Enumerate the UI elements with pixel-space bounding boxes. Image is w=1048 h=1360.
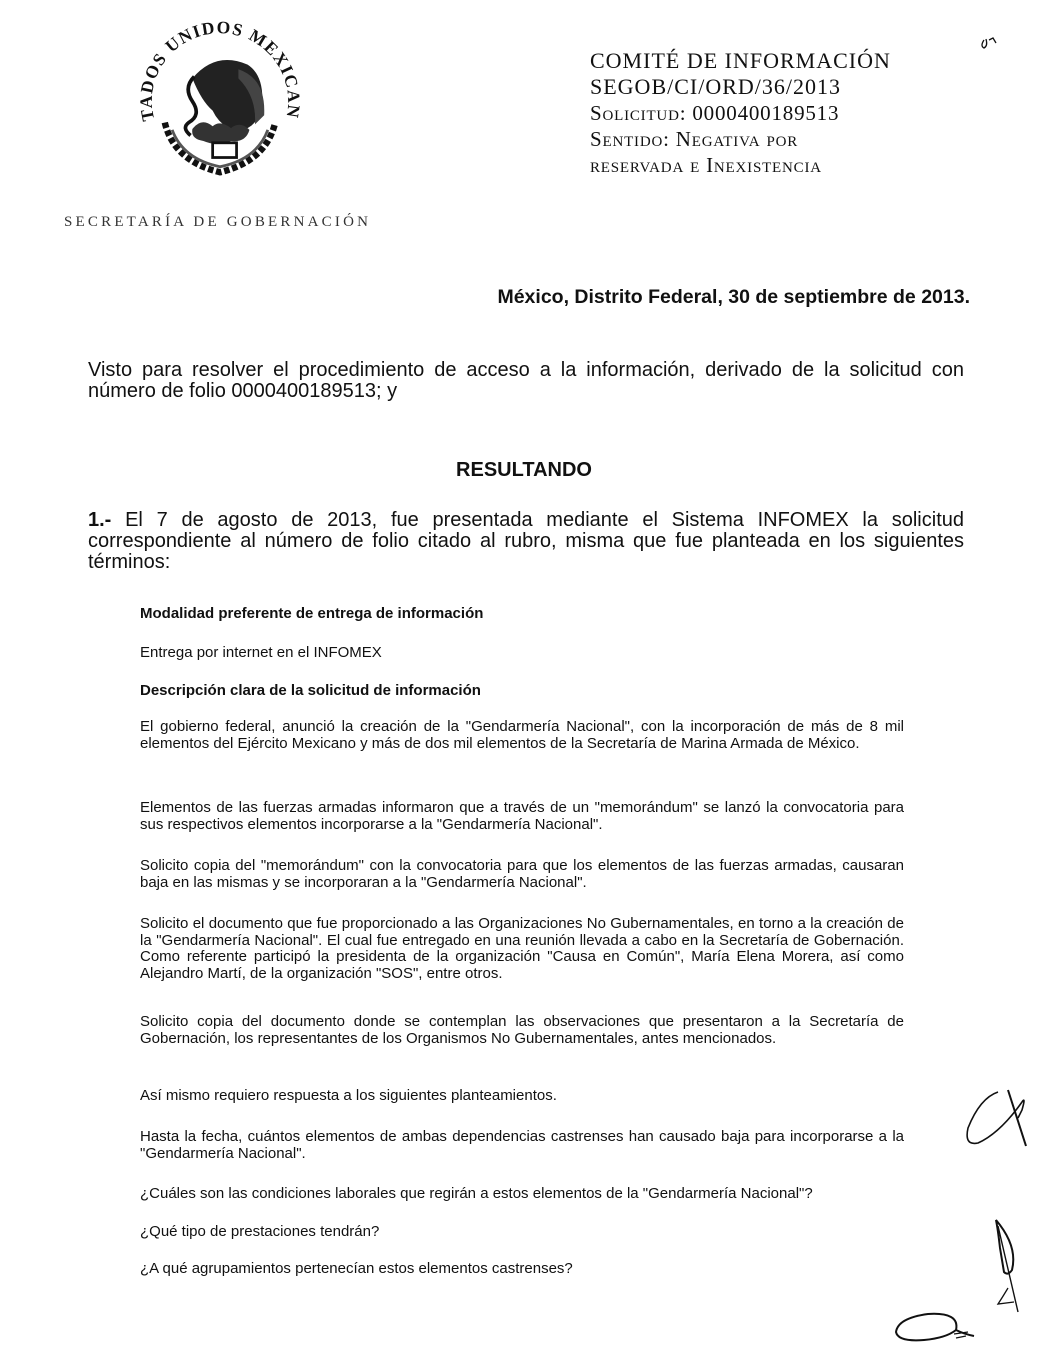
request-paragraph: Solicito copia del "memorándum" con la c…: [140, 858, 904, 891]
eagle-seal-icon: ESTADOS UNIDOS MEXICANOS: [128, 14, 312, 198]
document-header: COMITÉ DE INFORMACIÓN SEGOB/CI/ORD/36/20…: [590, 48, 891, 178]
intro-paragraph: Visto para resolver el procedimiento de …: [88, 360, 964, 402]
document-date: México, Distrito Federal, 30 de septiemb…: [497, 286, 970, 309]
request-paragraph: Hasta la fecha, cuántos elementos de amb…: [140, 1129, 904, 1162]
ministry-name: SECRETARÍA DE GOBERNACIÓN: [64, 214, 371, 231]
signature-loop-icon: [894, 1310, 976, 1346]
item-text: El 7 de agosto de 2013, fue presentada m…: [88, 509, 964, 573]
signature-stroke-icon: [988, 1218, 1028, 1314]
request-number: Solicitud: 0000400189513: [590, 100, 891, 126]
request-paragraph: Así mismo requiero respuesta a los sigui…: [140, 1088, 904, 1105]
national-seal-emblem: ESTADOS UNIDOS MEXICANOS: [128, 14, 312, 198]
request-question: ¿A qué agrupamientos pertenecían estos e…: [140, 1261, 904, 1278]
signature-initials-icon: [960, 1088, 1030, 1156]
section-title: RESULTANDO: [0, 459, 1048, 482]
ruling-line-1: Sentido: Negativa por: [590, 126, 891, 152]
delivery-heading: Modalidad preferente de entrega de infor…: [140, 606, 904, 623]
request-paragraph: Solicito copia del documento donde se co…: [140, 1014, 904, 1047]
handwritten-mark-icon: [978, 34, 1002, 54]
request-paragraph: Elementos de las fuerzas armadas informa…: [140, 800, 904, 833]
request-paragraph: El gobierno federal, anunció la creación…: [140, 719, 904, 752]
delivery-value: Entrega por internet en el INFOMEX: [140, 645, 904, 662]
description-heading: Descripción clara de la solicitud de inf…: [140, 683, 904, 700]
request-question: ¿Cuáles son las condiciones laborales qu…: [140, 1186, 904, 1203]
reference-number: SEGOB/CI/ORD/36/2013: [590, 74, 891, 100]
resultando-1-paragraph: 1.- El 7 de agosto de 2013, fue presenta…: [88, 510, 964, 573]
request-paragraph: Solicito el documento que fue proporcion…: [140, 916, 904, 982]
ruling-line-2: reservada e Inexistencia: [590, 152, 891, 178]
committee-title: COMITÉ DE INFORMACIÓN: [590, 48, 891, 74]
request-question: ¿Qué tipo de prestaciones tendrán?: [140, 1224, 904, 1241]
item-number: 1.-: [88, 509, 111, 531]
